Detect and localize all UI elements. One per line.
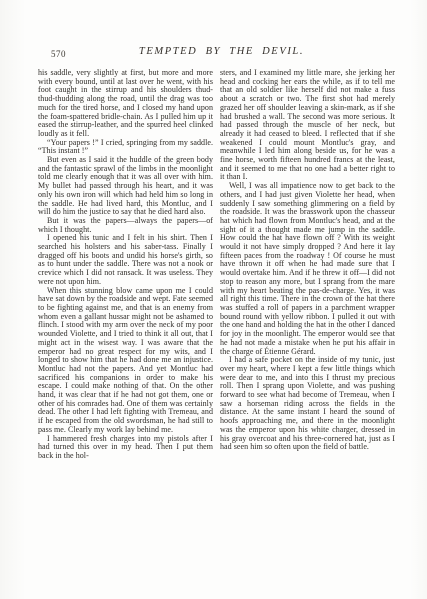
text-columns: his saddle, very slightly at first, but … <box>38 69 395 531</box>
page-header: 570 TEMPTED BY THE DEVIL. <box>38 46 395 62</box>
paragraph: sters, and I examined my little mare, sh… <box>220 69 395 182</box>
paragraph: I hammered fresh charges into my pistols… <box>38 435 213 461</box>
paragraph: I opened his tunic and I felt in his shi… <box>38 234 213 286</box>
paragraph: I had a safe pocket on the inside of my … <box>220 356 395 452</box>
column-right: sters, and I examined my little mare, sh… <box>220 69 395 531</box>
paragraph: But it was the papers—always the papers—… <box>38 217 213 234</box>
paragraph: Well, I was all impatience now to get ba… <box>220 182 395 356</box>
running-title: TEMPTED BY THE DEVIL. <box>38 46 405 57</box>
column-left: his saddle, very slightly at first, but … <box>38 69 213 531</box>
book-page: 570 TEMPTED BY THE DEVIL. his saddle, ve… <box>0 0 427 599</box>
paragraph: his saddle, very slightly at first, but … <box>38 69 213 139</box>
paragraph: But even as I said it the huddle of the … <box>38 156 213 217</box>
paragraph: “Your papers !” I cried, springing from … <box>38 139 213 156</box>
paragraph: When this stunning blow came upon me I c… <box>38 287 213 435</box>
